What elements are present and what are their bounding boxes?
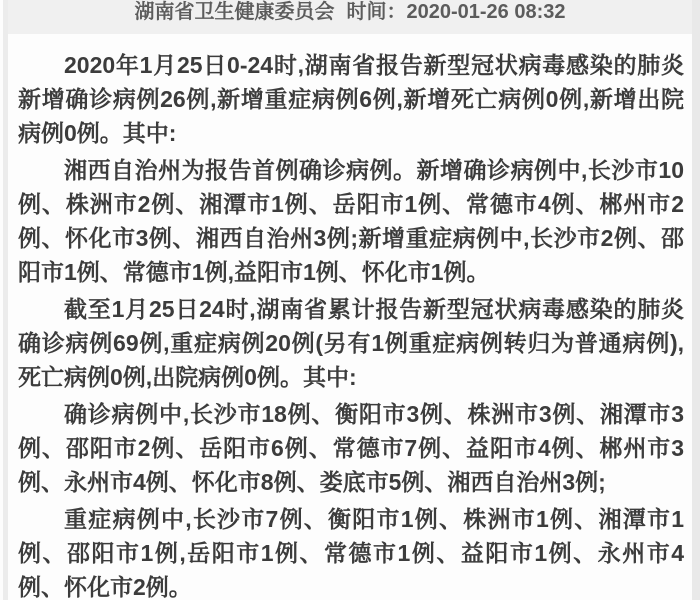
article-paragraph-confirmed-by-city: 确诊病例中,长沙市18例、衡阳市3例、株洲市3例、湘潭市3例、邵阳市2例、岳阳市… xyxy=(18,397,684,499)
article-paragraph-cumulative-summary: 截至1月25日24时,湖南省累计报告新型冠状病毒感染的肺炎确诊病例69例,重症病… xyxy=(18,292,684,394)
article-paragraph-severe-by-city: 重症病例中,长沙市7例、衡阳市1例、株洲市1例、湘潭市1例、邵阳市1例,岳阳市1… xyxy=(18,502,684,600)
publish-time-label: 时间： xyxy=(346,1,406,23)
scrollbar-track[interactable] xyxy=(692,0,700,600)
article-paragraph-new-cases-by-city: 湘西自治州为报告首例确诊病例。新增确诊病例中,长沙市10例、株洲市2例、湘潭市1… xyxy=(18,153,684,289)
source-name: 湖南省卫生健康委员会 xyxy=(134,1,334,23)
article-meta-bar: 湖南省卫生健康委员会时间：2020-01-26 08:32 xyxy=(8,0,692,34)
article-body: 2020年1月25日0-24时,湖南省报告新型冠状病毒感染的肺炎新增确诊病例26… xyxy=(8,34,692,600)
article-page: 湖南省卫生健康委员会时间：2020-01-26 08:32 2020年1月25日… xyxy=(0,0,700,600)
publish-time-value: 2020-01-26 08:32 xyxy=(406,1,565,23)
article-paragraph-new-cases-summary: 2020年1月25日0-24时,湖南省报告新型冠状病毒感染的肺炎新增确诊病例26… xyxy=(18,48,684,150)
